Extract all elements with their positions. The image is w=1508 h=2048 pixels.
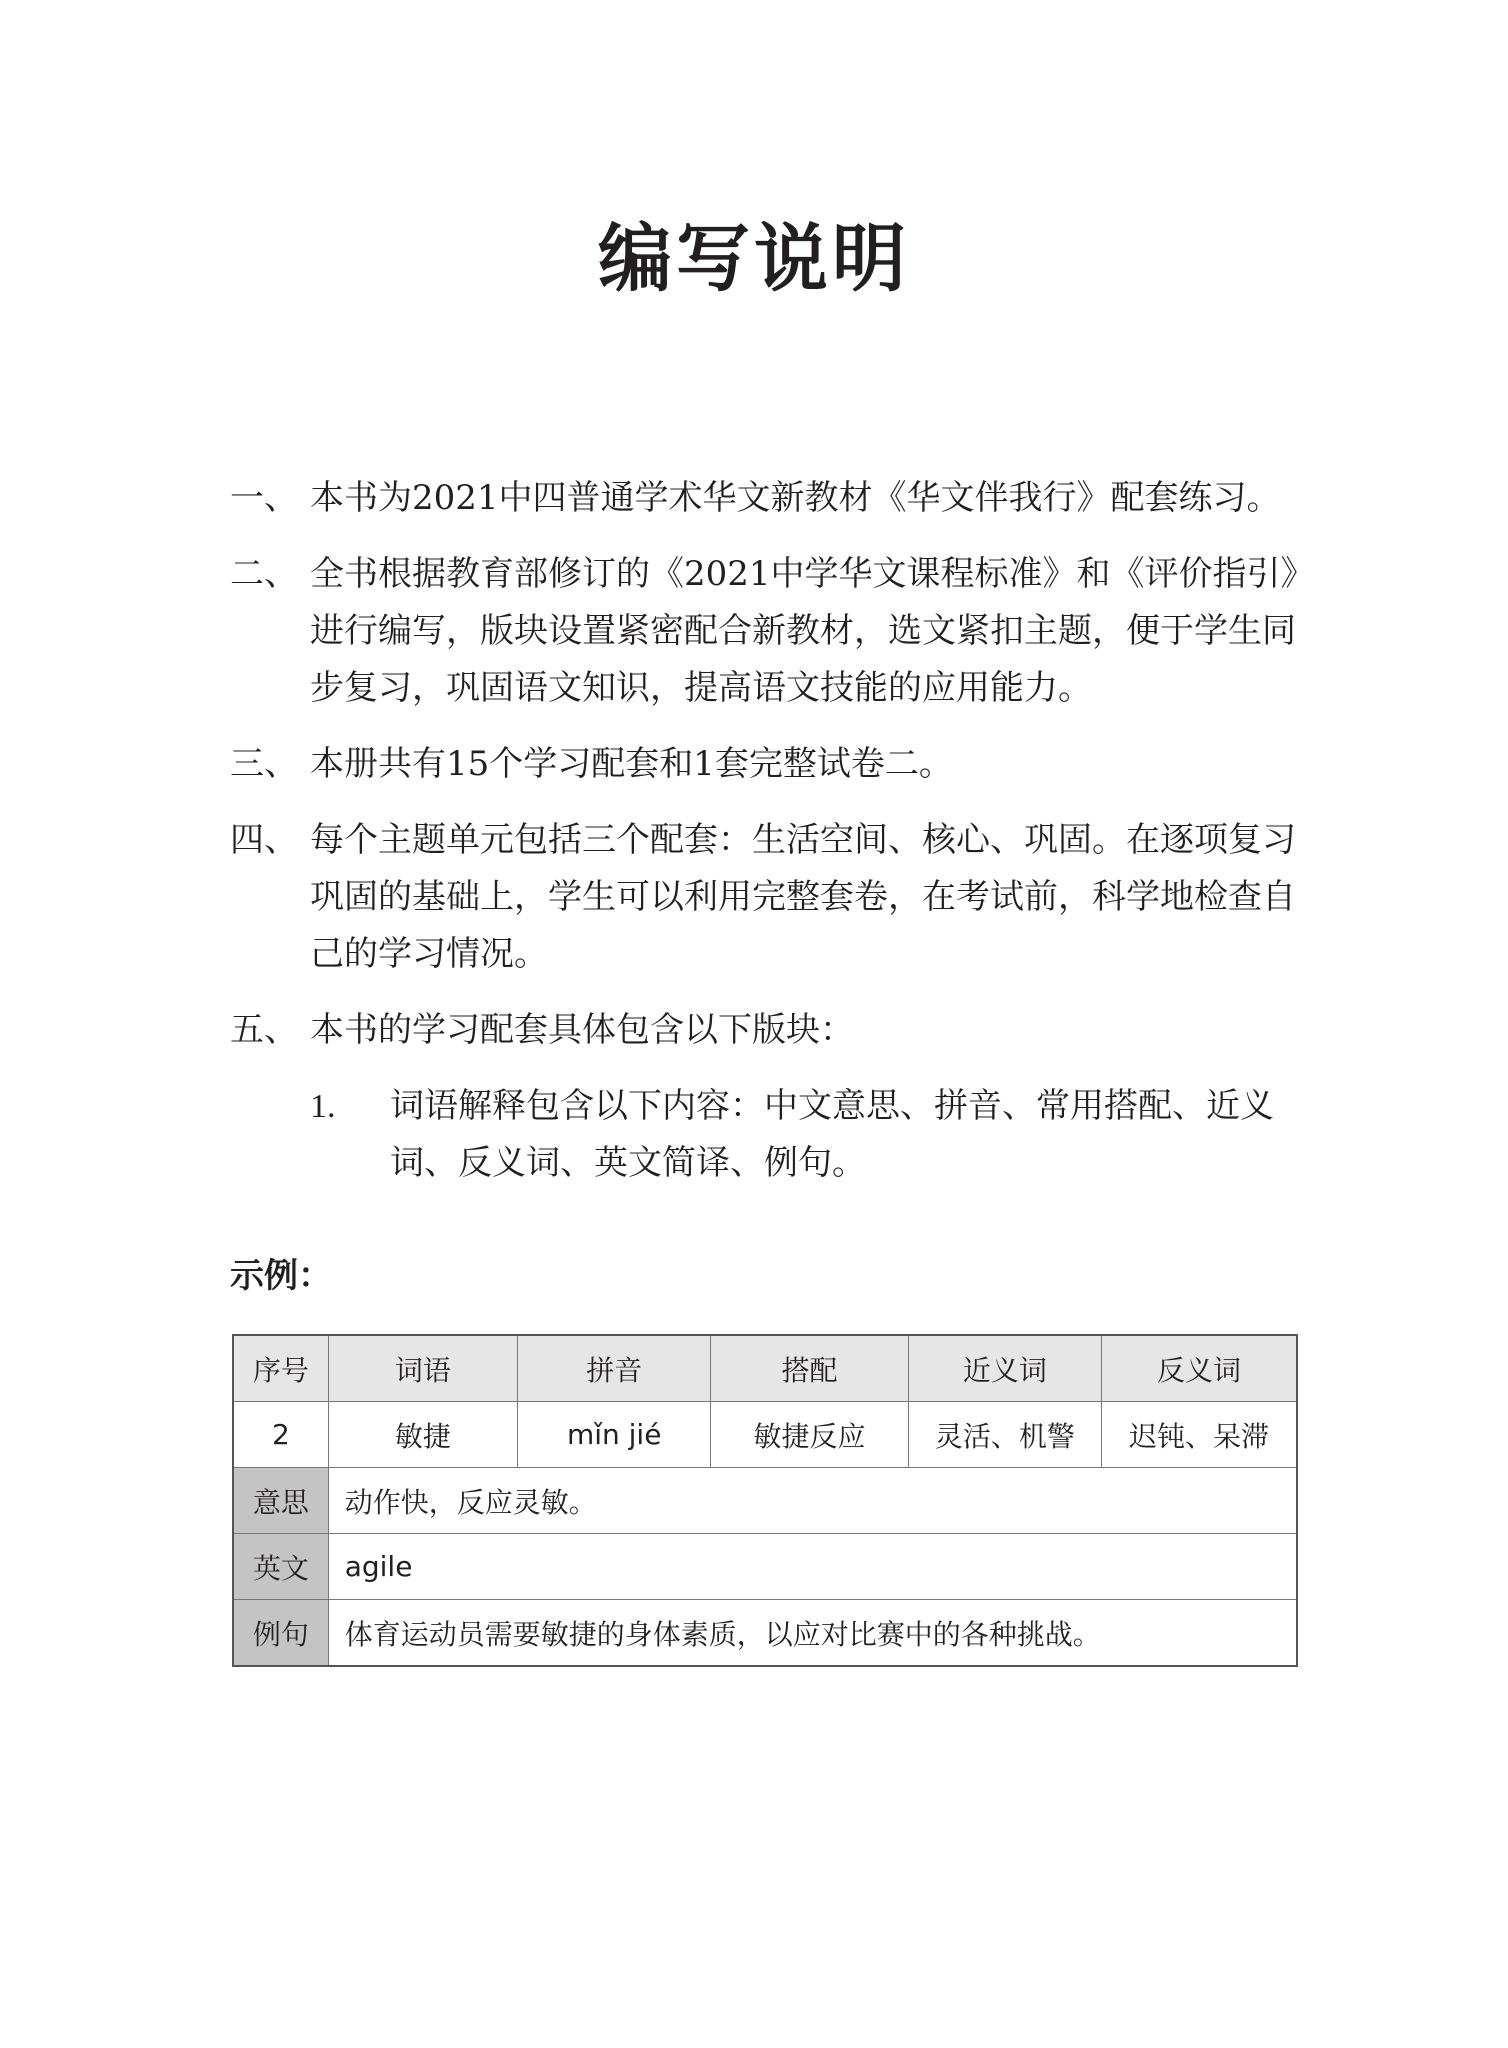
- item-number: 三、: [230, 736, 310, 793]
- item-number: 一、: [230, 470, 310, 527]
- table-cell: 灵活、机警: [908, 1402, 1101, 1468]
- header-cell: 反义词: [1102, 1335, 1297, 1402]
- table-row: 2 敏捷 mǐn jié 敏捷反应 灵活、机警 迟钝、呆滞: [233, 1402, 1297, 1468]
- sub-list-item: 1. 词语解释包含以下内容：中文意思、拼音、常用搭配、近义词、反义词、英文简译、…: [310, 1078, 1310, 1192]
- row-label: 英文: [233, 1534, 328, 1600]
- row-label: 意思: [233, 1468, 328, 1534]
- item-number: 二、: [230, 546, 310, 717]
- header-cell: 搭配: [711, 1335, 908, 1402]
- header-cell: 近义词: [908, 1335, 1101, 1402]
- table-cell: 迟钝、呆滞: [1102, 1402, 1297, 1468]
- list-item: 五、 本书的学习配套具体包含以下版块：: [230, 1002, 1310, 1059]
- table-detail-row: 意思 动作快，反应灵敏。: [233, 1468, 1297, 1534]
- list-item: 二、 全书根据教育部修订的《2021中学华文课程标准》和《评价指引》进行编写，版…: [230, 546, 1310, 717]
- item-text: 全书根据教育部修订的《2021中学华文课程标准》和《评价指引》进行编写，版块设置…: [310, 546, 1310, 717]
- table-cell: 2: [233, 1402, 328, 1468]
- header-cell: 拼音: [518, 1335, 711, 1402]
- item-text: 本书为2021中四普通学术华文新教材《华文伴我行》配套练习。: [310, 470, 1310, 527]
- row-label: 例句: [233, 1600, 328, 1667]
- table-cell: mǐn jié: [518, 1402, 711, 1468]
- row-value: agile: [328, 1534, 1297, 1600]
- example-vocab-table: 序号 词语 拼音 搭配 近义词 反义词 2 敏捷 mǐn jié 敏捷反应 灵活…: [232, 1334, 1298, 1667]
- item-number: 四、: [230, 812, 310, 983]
- table-header-row: 序号 词语 拼音 搭配 近义词 反义词: [233, 1335, 1297, 1402]
- item-text: 本册共有15个学习配套和1套完整试卷二。: [310, 736, 1310, 793]
- example-label: 示例：: [230, 1248, 332, 1297]
- instructions-list: 一、 本书为2021中四普通学术华文新教材《华文伴我行》配套练习。 二、 全书根…: [230, 470, 1310, 1192]
- row-value: 体育运动员需要敏捷的身体素质，以应对比赛中的各种挑战。: [328, 1600, 1297, 1667]
- list-item: 三、 本册共有15个学习配套和1套完整试卷二。: [230, 736, 1310, 793]
- item-text: 每个主题单元包括三个配套：生活空间、核心、巩固。在逐项复习巩固的基础上，学生可以…: [310, 812, 1310, 983]
- header-cell: 词语: [328, 1335, 517, 1402]
- sub-item-text: 词语解释包含以下内容：中文意思、拼音、常用搭配、近义词、反义词、英文简译、例句。: [390, 1078, 1310, 1192]
- item-number: 五、: [230, 1002, 310, 1059]
- page-title: 编写说明: [0, 200, 1508, 306]
- row-value: 动作快，反应灵敏。: [328, 1468, 1297, 1534]
- table-detail-row: 例句 体育运动员需要敏捷的身体素质，以应对比赛中的各种挑战。: [233, 1600, 1297, 1667]
- table-cell: 敏捷反应: [711, 1402, 908, 1468]
- list-item: 一、 本书为2021中四普通学术华文新教材《华文伴我行》配套练习。: [230, 470, 1310, 527]
- header-cell: 序号: [233, 1335, 328, 1402]
- sub-item-number: 1.: [310, 1078, 390, 1192]
- table-cell: 敏捷: [328, 1402, 517, 1468]
- list-item: 四、 每个主题单元包括三个配套：生活空间、核心、巩固。在逐项复习巩固的基础上，学…: [230, 812, 1310, 983]
- item-text: 本书的学习配套具体包含以下版块：: [310, 1002, 1310, 1059]
- table-detail-row: 英文 agile: [233, 1534, 1297, 1600]
